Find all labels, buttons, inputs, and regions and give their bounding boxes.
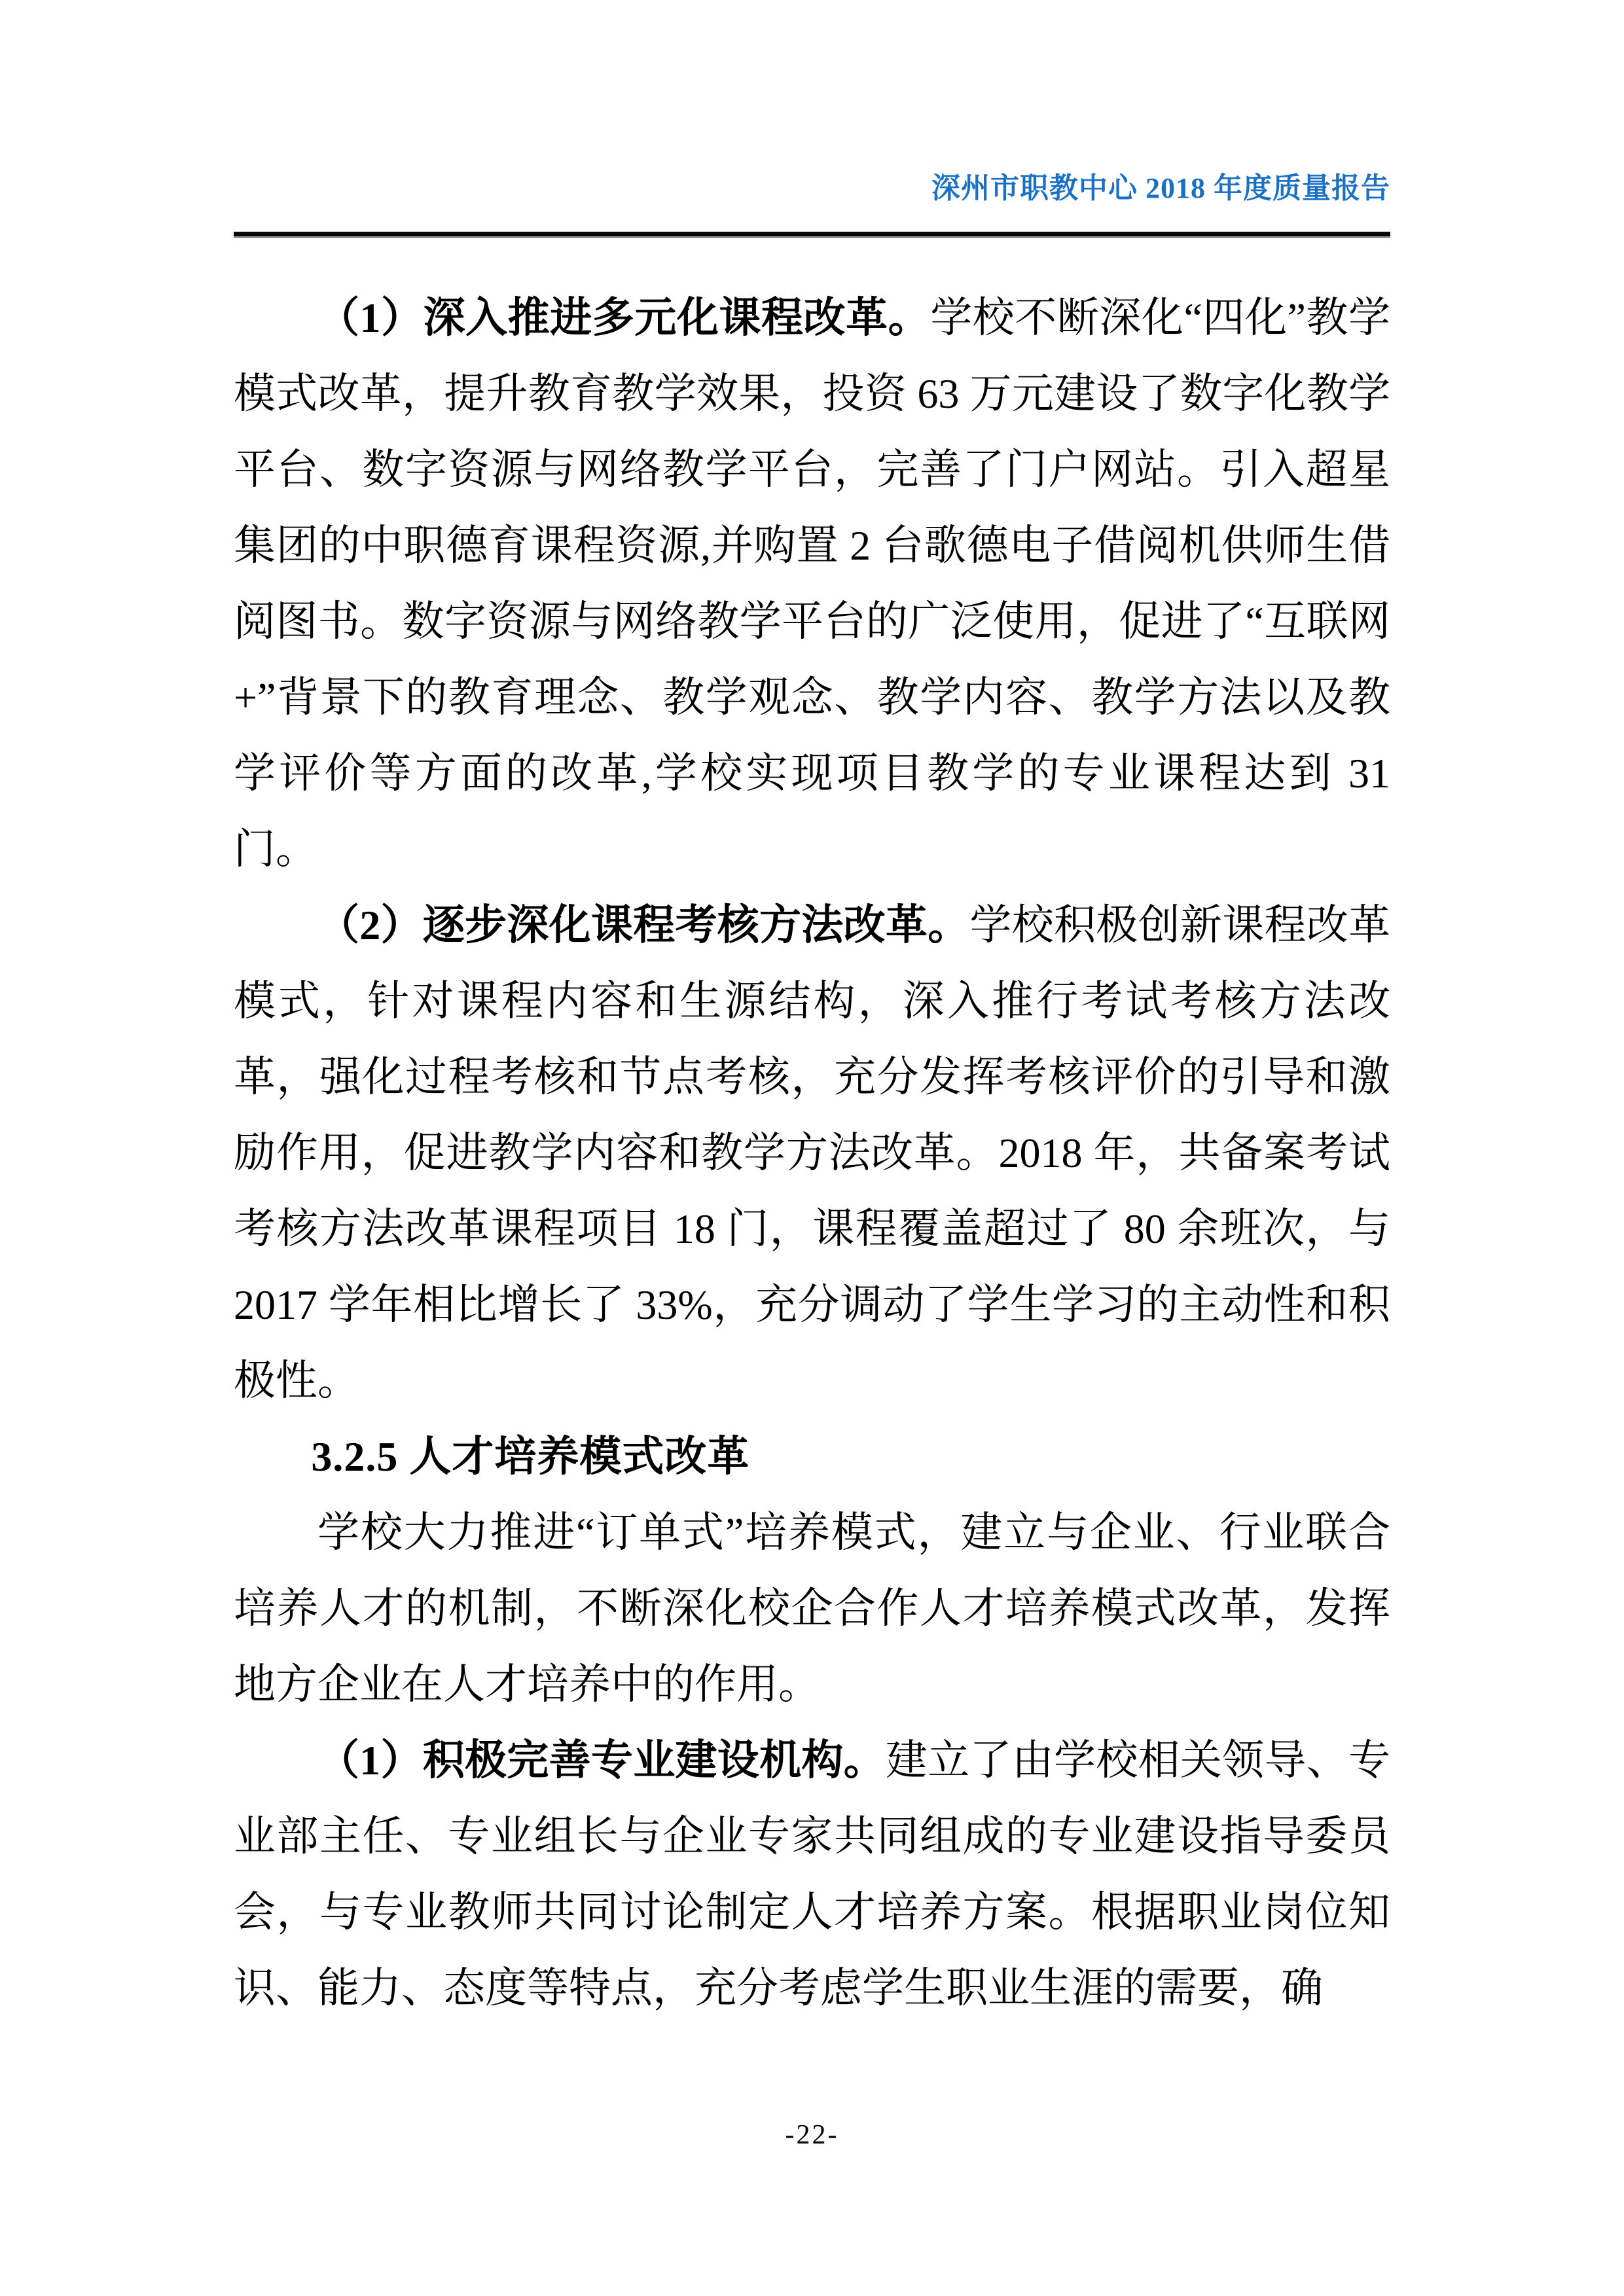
paragraph-text: 学校不断深化“四化”教学模式改革，提升教育教学效果，投资 63 万元建设了数字化… (234, 295, 1390, 872)
paragraph-bold-lead: （2）逐步深化课程考核方法改革。 (317, 902, 969, 948)
document-body: （1）深入推进多元化课程改革。学校不断深化“四化”教学模式改革，提升教育教学效果… (234, 280, 1390, 2026)
page-footer: -22- (0, 2119, 1624, 2151)
document-page: 深州市职教中心 2018 年度质量报告 （1）深入推进多元化课程改革。学校不断深… (0, 0, 1624, 2296)
paragraph-bold-lead: （1）深入推进多元化课程改革。 (317, 295, 930, 341)
report-header-title: 深州市职教中心 2018 年度质量报告 (234, 171, 1390, 206)
paragraph-assessment-reform: （2）逐步深化课程考核方法改革。学校积极创新课程改革模式，针对课程内容和生源结构… (234, 888, 1390, 1419)
section-heading-3-2-5: 3.2.5 人才培养模式改革 (234, 1419, 1390, 1495)
paragraph-training-mode: 学校大力推进“订单式”培养模式，建立与企业、行业联合培养人才的机制，不断深化校企… (234, 1495, 1390, 1723)
page-number: -22- (785, 2120, 839, 2150)
header-rule (234, 232, 1390, 236)
paragraph-text: 学校大力推进“订单式”培养模式，建立与企业、行业联合培养人才的机制，不断深化校企… (234, 1509, 1390, 1708)
paragraph-text: 学校积极创新课程改革模式，针对课程内容和生源结构，深入推行考试考核方法改革，强化… (234, 902, 1390, 1404)
paragraph-specialty-committee: （1）积极完善专业建设机构。建立了由学校相关领导、专业部主任、专业组长与企业专家… (234, 1723, 1390, 2026)
paragraph-bold-lead: （1）积极完善专业建设机构。 (317, 1737, 886, 1784)
paragraph-course-reform: （1）深入推进多元化课程改革。学校不断深化“四化”教学模式改革，提升教育教学效果… (234, 280, 1390, 888)
